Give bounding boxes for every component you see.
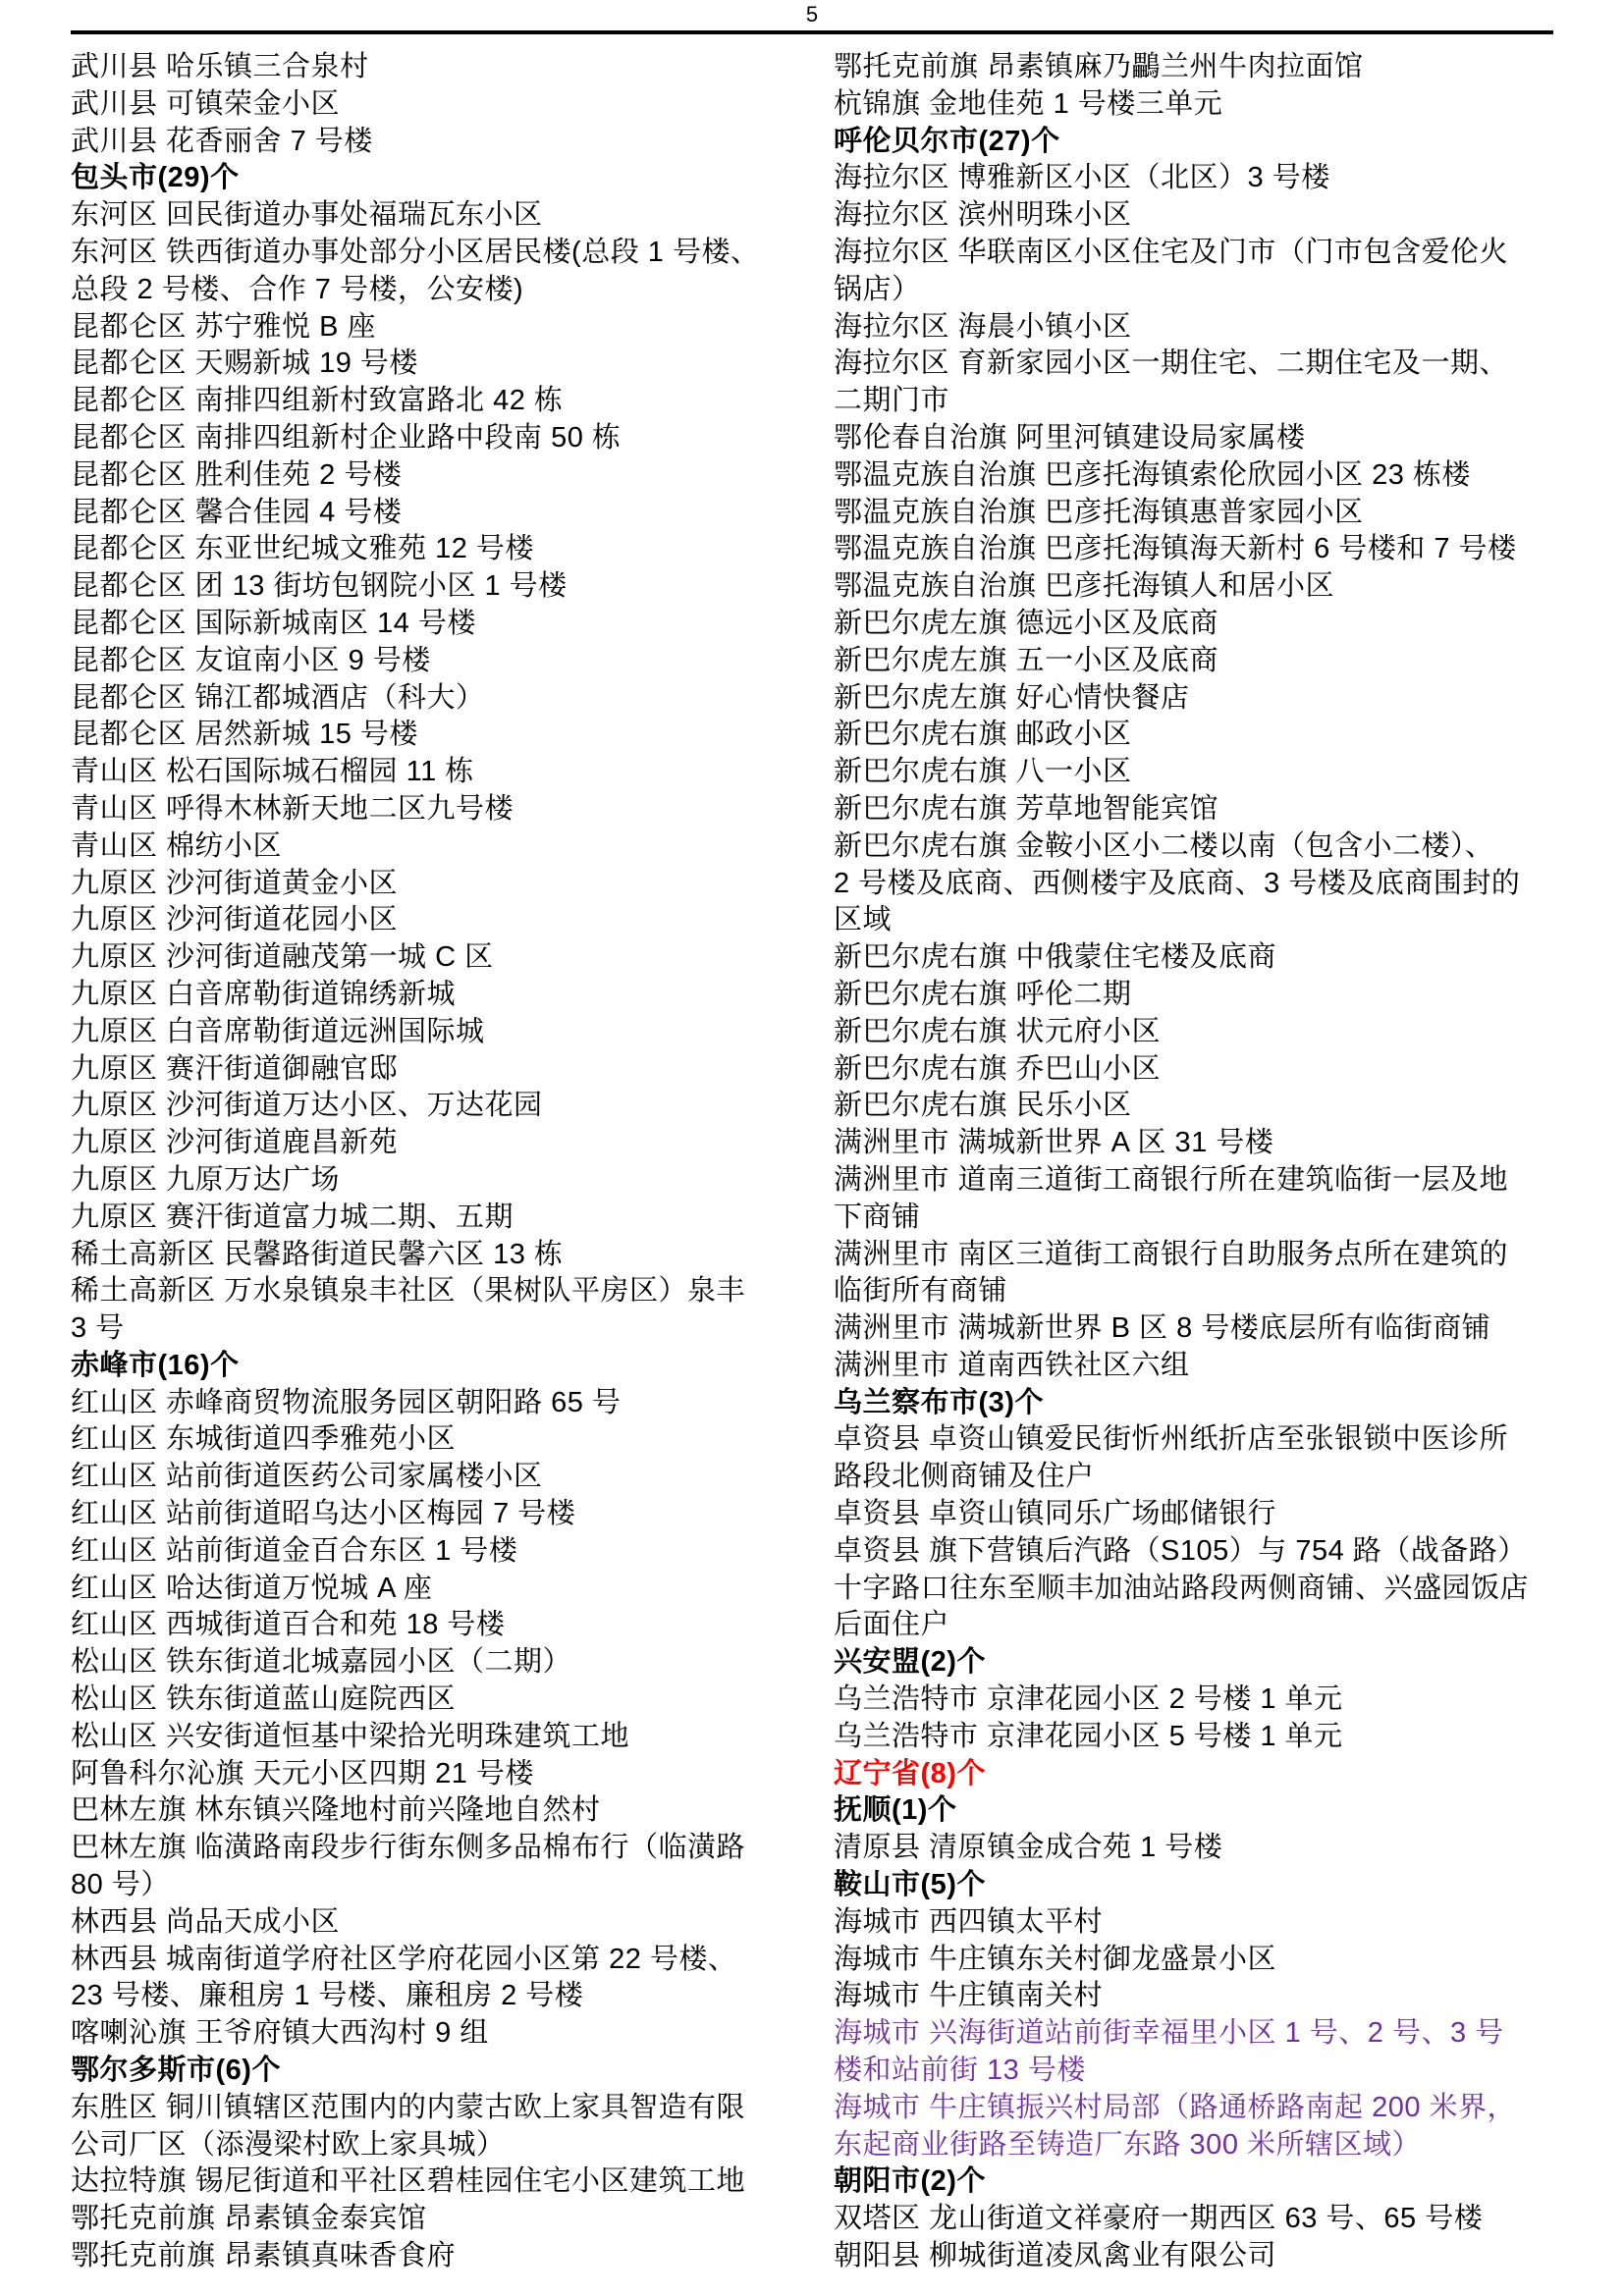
list-line: 23 号楼、廉租房 1 号楼、廉租房 2 号楼 bbox=[71, 1978, 790, 2015]
list-line: 稀土高新区 万水泉镇泉丰社区（果树队平房区）泉丰 bbox=[71, 1273, 790, 1310]
list-line: 红山区 站前街道昭乌达小区梅园 7 号楼 bbox=[71, 1496, 790, 1533]
list-line: 昆都仑区 团 13 街坊包钢院小区 1 号楼 bbox=[71, 568, 790, 606]
section-header: 乌兰察布市(3)个 bbox=[834, 1385, 1553, 1422]
section-header: 呼伦贝尔市(27)个 bbox=[834, 124, 1553, 161]
list-line: 九原区 白音席勒街道远洲国际城 bbox=[71, 1014, 790, 1051]
document-page: 5 武川县 哈乐镇三合泉村武川县 可镇荣金小区武川县 花香丽舍 7 号楼包头市(… bbox=[0, 0, 1624, 2296]
list-line: 林西县 城南街道学府社区学府花园小区第 22 号楼、 bbox=[71, 1942, 790, 1979]
list-line: 后面住户 bbox=[834, 1607, 1553, 1644]
list-line: 稀土高新区 民馨路街道民馨六区 13 栋 bbox=[71, 1237, 790, 1274]
list-line: 满洲里市 满城新世界 B 区 8 号楼底层所有临街商铺 bbox=[834, 1310, 1553, 1348]
section-header: 朝阳市(2)个 bbox=[834, 2163, 1553, 2201]
right-column: 鄂托克前旗 昂素镇麻乃鸓兰州牛肉拉面馆杭锦旗 金地佳苑 1 号楼三单元呼伦贝尔市… bbox=[834, 49, 1553, 2275]
list-line: 2 号楼及底商、西侧楼宇及底商、3 号楼及底商围封的 bbox=[834, 866, 1553, 903]
section-header: 赤峰市(16)个 bbox=[71, 1348, 790, 1385]
list-line: 昆都仑区 友谊南小区 9 号楼 bbox=[71, 643, 790, 680]
list-line: 武川县 哈乐镇三合泉村 bbox=[71, 49, 790, 86]
list-line: 九原区 沙河街道花园小区 bbox=[71, 902, 790, 939]
list-line: 九原区 沙河街道万达小区、万达花园 bbox=[71, 1088, 790, 1125]
list-line: 新巴尔虎左旗 好心情快餐店 bbox=[834, 680, 1553, 718]
list-line: 3 号 bbox=[71, 1310, 790, 1348]
page-number: 5 bbox=[71, 2, 1553, 27]
list-line: 海拉尔区 博雅新区小区（北区）3 号楼 bbox=[834, 160, 1553, 197]
list-line: 海城市 兴海街道站前街幸福里小区 1 号、2 号、3 号 bbox=[834, 2015, 1553, 2053]
list-line: 青山区 呼得木林新天地二区九号楼 bbox=[71, 791, 790, 828]
list-line: 满洲里市 道南三道街工商银行所在建筑临街一层及地 bbox=[834, 1162, 1553, 1200]
list-line: 红山区 站前街道金百合东区 1 号楼 bbox=[71, 1533, 790, 1571]
list-line: 昆都仑区 南排四组新村致富路北 42 栋 bbox=[71, 383, 790, 420]
list-line: 红山区 赤峰商贸物流服务园区朝阳路 65 号 bbox=[71, 1385, 790, 1422]
list-line: 达拉特旗 锡尼街道和平社区碧桂园住宅小区建筑工地 bbox=[71, 2163, 790, 2201]
list-line: 锅店） bbox=[834, 272, 1553, 309]
list-line: 东河区 铁西街道办事处部分小区居民楼(总段 1 号楼、 bbox=[71, 235, 790, 272]
list-line: 清原县 清原镇金成合苑 1 号楼 bbox=[834, 1830, 1553, 1867]
list-line: 鄂托克前旗 昂素镇麻乃鸓兰州牛肉拉面馆 bbox=[834, 49, 1553, 86]
list-line: 鄂温克族自治旗 巴彦托海镇海天新村 6 号楼和 7 号楼 bbox=[834, 531, 1553, 568]
list-line: 九原区 沙河街道融茂第一城 C 区 bbox=[71, 939, 790, 977]
list-line: 杭锦旗 金地佳苑 1 号楼三单元 bbox=[834, 86, 1553, 124]
list-line: 鄂伦春自治旗 阿里河镇建设局家属楼 bbox=[834, 420, 1553, 457]
header-rule bbox=[71, 30, 1553, 34]
list-line: 海城市 牛庄镇南关村 bbox=[834, 1978, 1553, 2015]
list-line: 东胜区 铜川镇辖区范围内的内蒙古欧上家具智造有限 bbox=[71, 2090, 790, 2127]
list-line: 满洲里市 道南西铁社区六组 bbox=[834, 1348, 1553, 1385]
list-line: 乌兰浩特市 京津花园小区 5 号楼 1 单元 bbox=[834, 1719, 1553, 1756]
list-line: 红山区 西城街道百合和苑 18 号楼 bbox=[71, 1607, 790, 1644]
list-line: 松山区 铁东街道蓝山庭院西区 bbox=[71, 1682, 790, 1719]
list-line: 卓资县 卓资山镇爱民街忻州纸折店至张银锁中医诊所 bbox=[834, 1421, 1553, 1459]
list-line: 总段 2 号楼、合作 7 号楼，公安楼) bbox=[71, 272, 790, 309]
section-header: 鄂尔多斯市(6)个 bbox=[71, 2053, 790, 2090]
list-line: 新巴尔虎左旗 德远小区及底商 bbox=[834, 606, 1553, 643]
list-line: 区域 bbox=[834, 902, 1553, 939]
list-line: 楼和站前街 13 号楼 bbox=[834, 2053, 1553, 2090]
list-line: 东河区 回民街道办事处福瑞瓦东小区 bbox=[71, 197, 790, 235]
list-line: 松山区 铁东街道北城嘉园小区（二期） bbox=[71, 1644, 790, 1682]
list-line: 双塔区 龙山街道文祥豪府一期西区 63 号、65 号楼 bbox=[834, 2201, 1553, 2238]
section-header: 辽宁省(8)个 bbox=[834, 1756, 1553, 1793]
list-line: 鄂温克族自治旗 巴彦托海镇索伦欣园小区 23 栋楼 bbox=[834, 457, 1553, 495]
list-line: 海拉尔区 华联南区小区住宅及门市（门市包含爱伦火 bbox=[834, 235, 1553, 272]
list-line: 海拉尔区 滨州明珠小区 bbox=[834, 197, 1553, 235]
list-line: 巴林左旗 林东镇兴隆地村前兴隆地自然村 bbox=[71, 1792, 790, 1830]
list-line: 十字路口往东至顺丰加油站路段两侧商铺、兴盛园饭店 bbox=[834, 1571, 1553, 1608]
list-line: 昆都仑区 国际新城南区 14 号楼 bbox=[71, 606, 790, 643]
section-header: 兴安盟(2)个 bbox=[834, 1644, 1553, 1682]
section-header: 包头市(29)个 bbox=[71, 160, 790, 197]
list-line: 新巴尔虎右旗 邮政小区 bbox=[834, 717, 1553, 754]
list-line: 鄂托克前旗 昂素镇金泰宾馆 bbox=[71, 2201, 790, 2238]
list-line: 下商铺 bbox=[834, 1200, 1553, 1237]
list-line: 青山区 棉纺小区 bbox=[71, 828, 790, 866]
list-line: 昆都仑区 南排四组新村企业路中段南 50 栋 bbox=[71, 420, 790, 457]
list-line: 阿鲁科尔沁旗 天元小区四期 21 号楼 bbox=[71, 1756, 790, 1793]
list-line: 海拉尔区 海晨小镇小区 bbox=[834, 309, 1553, 347]
list-line: 新巴尔虎右旗 八一小区 bbox=[834, 754, 1553, 791]
list-line: 昆都仑区 苏宁雅悦 B 座 bbox=[71, 309, 790, 347]
list-line: 新巴尔虎右旗 呼伦二期 bbox=[834, 977, 1553, 1014]
list-line: 路段北侧商铺及住户 bbox=[834, 1459, 1553, 1496]
list-line: 卓资县 卓资山镇同乐广场邮储银行 bbox=[834, 1496, 1553, 1533]
list-line: 红山区 站前街道医药公司家属楼小区 bbox=[71, 1459, 790, 1496]
list-line: 昆都仑区 胜利佳苑 2 号楼 bbox=[71, 457, 790, 495]
list-line: 红山区 东城街道四季雅苑小区 bbox=[71, 1421, 790, 1459]
list-line: 朝阳县 柳城街道凌凤禽业有限公司 bbox=[834, 2238, 1553, 2275]
list-line: 红山区 哈达街道万悦城 A 座 bbox=[71, 1571, 790, 1608]
list-line: 青山区 松石国际城石榴园 11 栋 bbox=[71, 754, 790, 791]
list-line: 九原区 沙河街道鹿昌新苑 bbox=[71, 1125, 790, 1162]
list-line: 新巴尔虎右旗 状元府小区 bbox=[834, 1014, 1553, 1051]
list-line: 公司厂区（添漫梁村欧上家具城） bbox=[71, 2127, 790, 2164]
list-line: 九原区 白音席勒街道锦绣新城 bbox=[71, 977, 790, 1014]
list-line: 二期门市 bbox=[834, 383, 1553, 420]
list-line: 新巴尔虎右旗 中俄蒙住宅楼及底商 bbox=[834, 939, 1553, 977]
list-line: 新巴尔虎右旗 金鞍小区小二楼以南（包含小二楼）、 bbox=[834, 828, 1553, 866]
list-line: 新巴尔虎右旗 乔巴山小区 bbox=[834, 1051, 1553, 1089]
list-line: 东起商业街路至铸造厂东路 300 米所辖区域） bbox=[834, 2127, 1553, 2164]
list-line: 武川县 花香丽舍 7 号楼 bbox=[71, 124, 790, 161]
list-line: 鄂温克族自治旗 巴彦托海镇惠普家园小区 bbox=[834, 495, 1553, 532]
list-line: 卓资县 旗下营镇后汽路（S105）与 754 路（战备路） bbox=[834, 1533, 1553, 1571]
list-line: 鄂托克前旗 昂素镇真味香食府 bbox=[71, 2238, 790, 2275]
list-line: 新巴尔虎左旗 五一小区及底商 bbox=[834, 643, 1553, 680]
list-line: 昆都仑区 天赐新城 19 号楼 bbox=[71, 346, 790, 383]
list-line: 九原区 赛汗街道御融官邸 bbox=[71, 1051, 790, 1089]
list-line: 新巴尔虎右旗 芳草地智能宾馆 bbox=[834, 791, 1553, 828]
list-line: 满洲里市 满城新世界 A 区 31 号楼 bbox=[834, 1125, 1553, 1162]
two-column-text: 武川县 哈乐镇三合泉村武川县 可镇荣金小区武川县 花香丽舍 7 号楼包头市(29… bbox=[71, 49, 1553, 2275]
section-header: 鞍山市(5)个 bbox=[834, 1867, 1553, 1904]
list-line: 武川县 可镇荣金小区 bbox=[71, 86, 790, 124]
list-line: 满洲里市 南区三道街工商银行自助服务点所在建筑的 bbox=[834, 1237, 1553, 1274]
list-line: 昆都仑区 东亚世纪城文雅苑 12 号楼 bbox=[71, 531, 790, 568]
list-line: 海城市 牛庄镇东关村御龙盛景小区 bbox=[834, 1942, 1553, 1979]
list-line: 九原区 沙河街道黄金小区 bbox=[71, 866, 790, 903]
list-line: 巴林左旗 临潢路南段步行街东侧多品棉布行（临潢路 bbox=[71, 1830, 790, 1867]
list-line: 乌兰浩特市 京津花园小区 2 号楼 1 单元 bbox=[834, 1682, 1553, 1719]
list-line: 昆都仑区 馨合佳园 4 号楼 bbox=[71, 495, 790, 532]
list-line: 海城市 牛庄镇振兴村局部（路通桥路南起 200 米界， bbox=[834, 2090, 1553, 2127]
list-line: 海城市 西四镇太平村 bbox=[834, 1904, 1553, 1942]
list-line: 鄂温克族自治旗 巴彦托海镇人和居小区 bbox=[834, 568, 1553, 606]
list-line: 临街所有商铺 bbox=[834, 1273, 1553, 1310]
list-line: 昆都仑区 居然新城 15 号楼 bbox=[71, 717, 790, 754]
list-line: 林西县 尚品天成小区 bbox=[71, 1904, 790, 1942]
list-line: 松山区 兴安街道恒基中梁拾光明珠建筑工地 bbox=[71, 1719, 790, 1756]
list-line: 九原区 九原万达广场 bbox=[71, 1162, 790, 1200]
list-line: 喀喇沁旗 王爷府镇大西沟村 9 组 bbox=[71, 2015, 790, 2053]
list-line: 昆都仑区 锦江都城酒店（科大） bbox=[71, 680, 790, 718]
list-line: 80 号） bbox=[71, 1867, 790, 1904]
list-line: 九原区 赛汗街道富力城二期、五期 bbox=[71, 1200, 790, 1237]
list-line: 海拉尔区 育新家园小区一期住宅、二期住宅及一期、 bbox=[834, 346, 1553, 383]
left-column: 武川县 哈乐镇三合泉村武川县 可镇荣金小区武川县 花香丽舍 7 号楼包头市(29… bbox=[71, 49, 790, 2275]
section-header: 抚顺(1)个 bbox=[834, 1792, 1553, 1830]
list-line: 新巴尔虎右旗 民乐小区 bbox=[834, 1088, 1553, 1125]
